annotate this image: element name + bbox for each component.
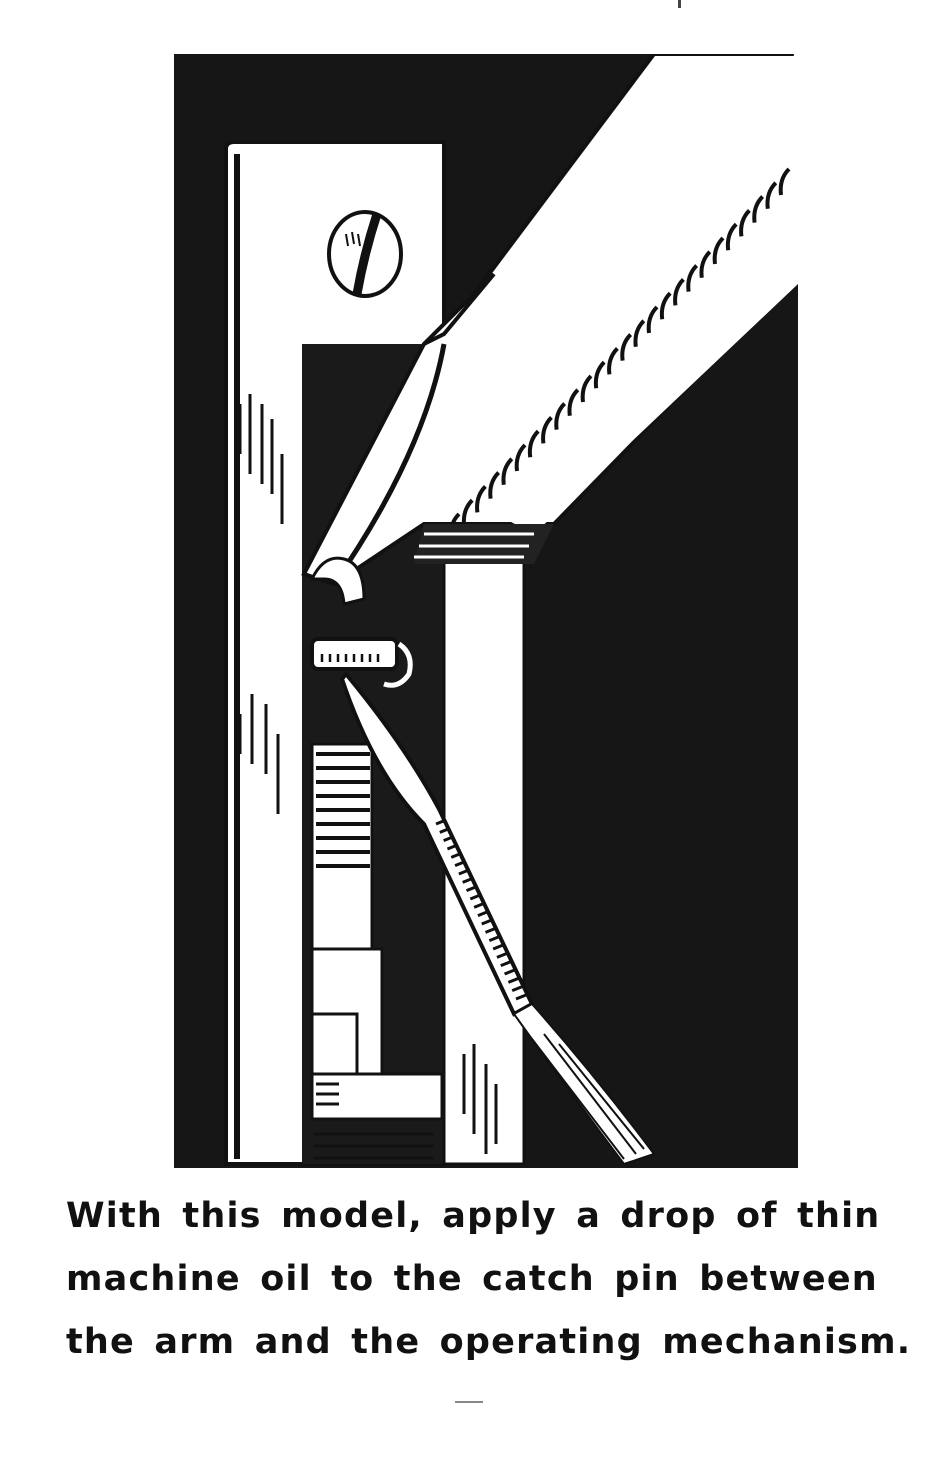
scan-mark-top [678, 0, 681, 8]
caption: With this model, apply a drop of thin ma… [66, 1185, 866, 1374]
scan-mark-bottom [455, 1401, 483, 1403]
caption-line-3: the arm and the operating mechanism. [66, 1311, 866, 1374]
illustration [174, 54, 798, 1168]
caption-line-1: With this model, apply a drop of thin [66, 1185, 866, 1248]
screw-icon [329, 212, 401, 296]
caption-line-2: machine oil to the catch pin between [66, 1248, 866, 1311]
